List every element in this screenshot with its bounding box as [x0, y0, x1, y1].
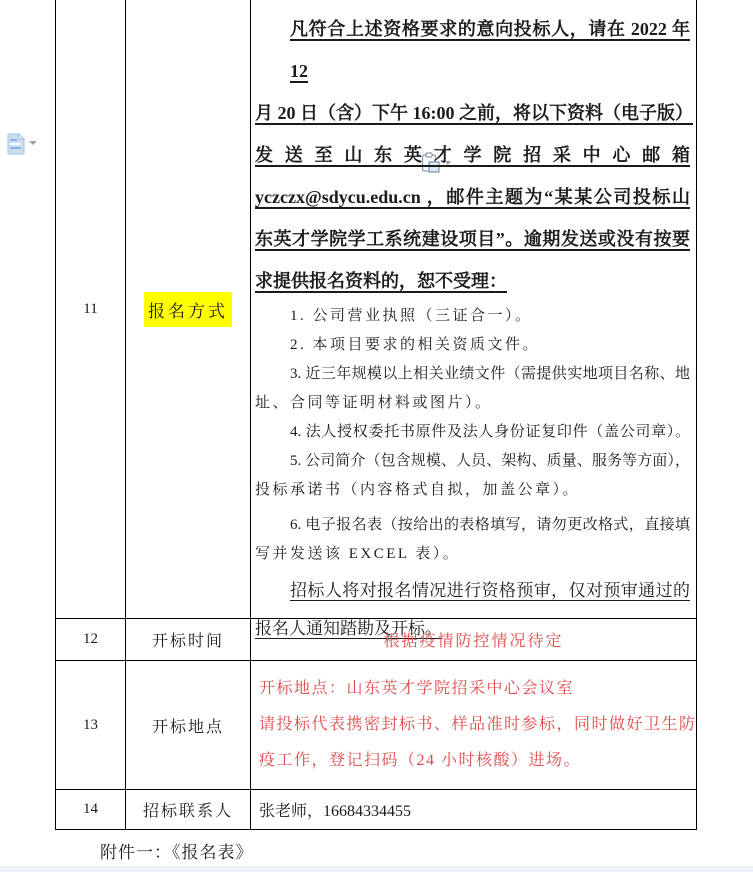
list-item: 3. 近三年规模以上相关业绩文件（需提供实地项目名称、地: [255, 360, 690, 389]
row-number-cell: 12: [56, 619, 126, 660]
list-item: 6. 电子报名表（按给出的表格填写，请勿更改格式，直接填: [255, 511, 690, 540]
list-item-continuation: 写并发送该 EXCEL 表）。: [255, 540, 690, 569]
bid-opening-time-value: 根据疫情防控情况待定: [251, 619, 696, 660]
list-item: 5. 公司简介（包含规模、人员、架构、质量、服务等方面），: [255, 447, 690, 476]
registration-method-label-highlighted: 报名方式: [144, 292, 232, 327]
paste-anchor-icon[interactable]: [7, 133, 41, 157]
row-number: 13: [83, 717, 98, 734]
list-item: 1. 公司营业执照（三证合一）。: [255, 302, 690, 331]
location-line: 请投标代表携密封标书、样品准时参标，同时做好卫生防: [259, 707, 688, 743]
row-number-cell: 13: [56, 661, 126, 789]
row-label-cell: 开标时间: [126, 619, 251, 660]
para-line: 东英才学院学工系统建设项目”。逾期发送或没有按要: [255, 218, 690, 260]
contact-person-label-cell: 招标联系人: [126, 790, 251, 829]
location-line: 疫工作，登记扫码（24 小时核酸）进场。: [259, 743, 688, 779]
row-number: 11: [83, 301, 97, 318]
para-line: 求提供报名资料的，恕不受理：: [255, 260, 690, 302]
contact-person-label: 招标联系人: [143, 798, 233, 821]
list-item-continuation: 址、合同等证明材料或图片）。: [255, 389, 690, 418]
list-item: 2. 本项目要求的相关资质文件。: [255, 331, 690, 360]
bid-opening-location-label: 开标地点: [152, 714, 224, 737]
bid-info-table: 11 报名方式 凡符合上述资格要求的意向投标人，请在 2022 年 12 月 2…: [55, 0, 697, 830]
bid-opening-location-content: 开标地点：山东英才学院招采中心会议室 请投标代表携密封标书、样品准时参标，同时做…: [251, 661, 696, 789]
document-icon: [7, 133, 25, 155]
attachment-note: 附件一：《报名表》: [100, 838, 254, 863]
page-edge-strip: [0, 866, 753, 872]
list-item: 4. 法人授权委托书原件及法人身份证复印件（盖公司章）。: [255, 418, 690, 447]
bid-opening-location-label-cell: 开标地点: [126, 661, 251, 789]
contact-person-value: 张老师，16684334455: [251, 790, 696, 829]
registration-method-content: 凡符合上述资格要求的意向投标人，请在 2022 年 12 月 20 日（含）下午…: [251, 0, 696, 618]
row-number: 14: [83, 801, 98, 818]
table-row-14: 14 招标联系人 张老师，16684334455: [56, 790, 696, 830]
para-line-email: yczczx@sdycu.edu.cn ，邮件主题为“某某公司投标山: [255, 176, 690, 218]
prequalification-note-line: 招标人将对报名情况进行资格预审，仅对预审通过的: [255, 572, 690, 610]
bid-opening-time-label: 开标时间: [152, 628, 224, 651]
row-number: 12: [83, 631, 98, 648]
chevron-down-icon: [29, 141, 37, 145]
row-number-cell: 14: [56, 790, 126, 829]
table-row-12: 12 开标时间 根据疫情防控情况待定: [56, 619, 696, 661]
list-item-continuation: 投标承诺书（内容格式自拟，加盖公章）。: [255, 476, 690, 505]
row-number-cell: 11: [56, 0, 126, 618]
contact-person-text: 张老师，16684334455: [259, 798, 411, 821]
table-row-13: 13 开标地点 开标地点：山东英才学院招采中心会议室 请投标代表携密封标书、样品…: [56, 661, 696, 790]
para-line: 月 20 日（含）下午 16:00 之前，将以下资料（电子版）: [255, 92, 690, 134]
row-label-cell: 报名方式: [126, 0, 251, 618]
para-line: 凡符合上述资格要求的意向投标人，请在 2022 年 12: [255, 8, 690, 92]
bid-opening-time-text: 根据疫情防控情况待定: [383, 628, 563, 651]
para-line: 发送至山东英才学院招采中心邮箱: [255, 134, 690, 176]
table-row-11: 11 报名方式 凡符合上述资格要求的意向投标人，请在 2022 年 12 月 2…: [56, 0, 696, 619]
location-line: 开标地点：山东英才学院招采中心会议室: [259, 671, 688, 707]
